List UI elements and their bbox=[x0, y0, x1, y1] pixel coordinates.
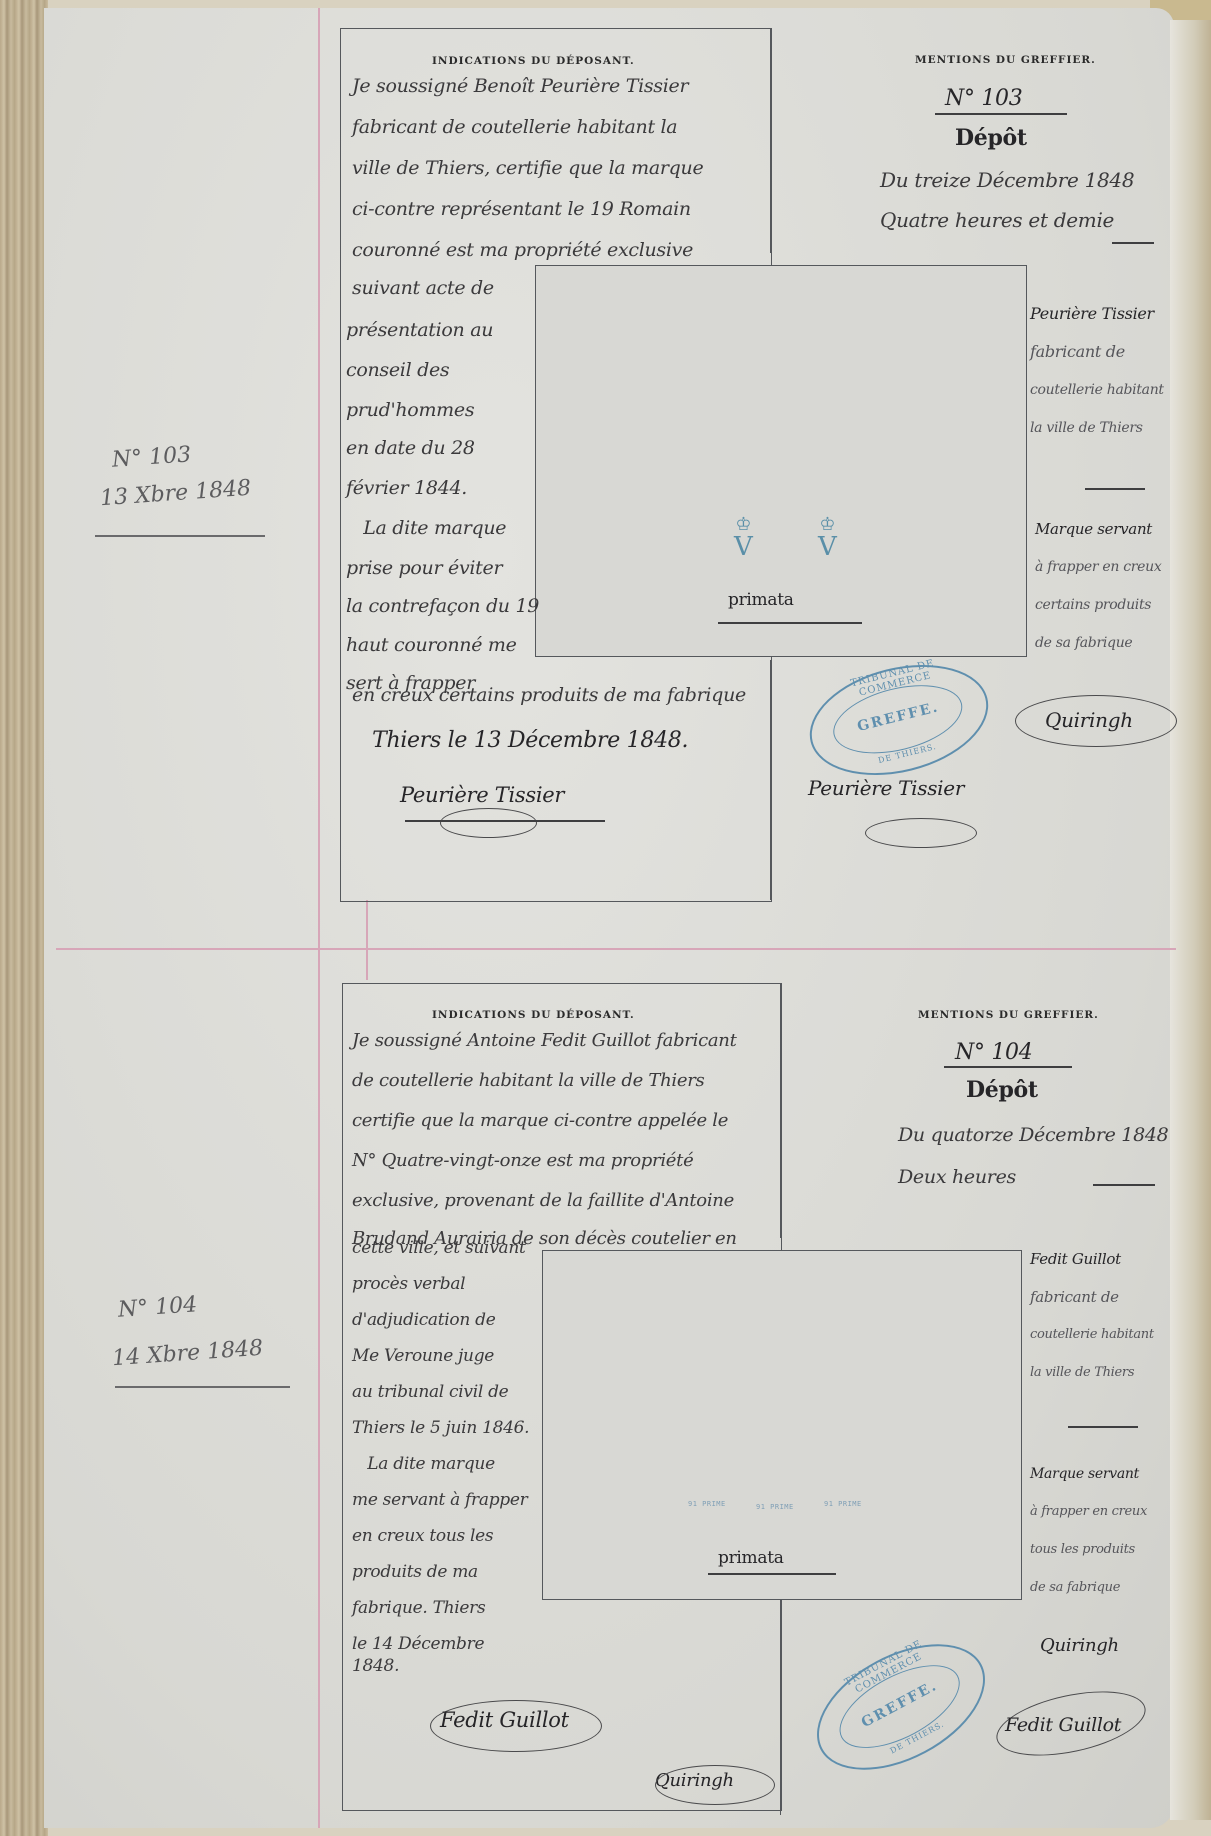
depositant-line: Thiers le 5 juin 1846. bbox=[352, 1410, 529, 1446]
greffier-side-line: coutellerie habitant bbox=[1030, 1316, 1154, 1354]
depositant-line: février 1844. bbox=[346, 468, 467, 509]
margin-number: N° 103 bbox=[111, 437, 193, 478]
depositant-line: en date du 28 bbox=[346, 428, 475, 469]
margin-underline bbox=[115, 1386, 290, 1388]
depositant-place-date: Thiers le 13 Décembre 1848. bbox=[352, 720, 688, 761]
greffier-side-line: fabricant de bbox=[1030, 1278, 1119, 1316]
page-curl-edge bbox=[1170, 20, 1211, 1820]
depositant-line: prise pour éviter bbox=[346, 548, 502, 589]
signature-flourish-line bbox=[405, 820, 605, 822]
depositant-line: présentation au bbox=[346, 310, 493, 351]
depositant-line: ci-contre représentant le 19 Romain bbox=[352, 189, 691, 230]
greffier-side-line: Peurière Tissier bbox=[1030, 295, 1154, 333]
signature-flourish bbox=[440, 808, 537, 838]
greffier-separator bbox=[1068, 1426, 1138, 1428]
greffier-signature: Quiringh bbox=[1045, 700, 1133, 741]
greffier-side-line: la ville de Thiers bbox=[1030, 409, 1143, 447]
greffier-signature: Quiringh bbox=[1040, 1625, 1119, 1666]
greffier-mark-line: tous les produits bbox=[1030, 1531, 1135, 1569]
column-divider bbox=[770, 660, 771, 900]
depositant-line: suivant acte de bbox=[352, 268, 494, 309]
greffier-date: Du treize Décembre 1848 bbox=[880, 160, 1134, 201]
crown-v-mark: ♔V bbox=[818, 516, 837, 560]
depositant-line: d'adjudication de bbox=[352, 1302, 495, 1338]
greffier-mark-line: de sa fabrique bbox=[1035, 624, 1132, 662]
depositant-line: Me Veroune juge bbox=[352, 1338, 494, 1374]
prime-mark: 91 PRIME bbox=[824, 1500, 862, 1508]
depositant-line: de coutellerie habitant la ville de Thie… bbox=[352, 1060, 704, 1101]
greffier-mark-line: à frapper en creux bbox=[1035, 548, 1161, 586]
greffier-date: Du quatorze Décembre 1848 bbox=[898, 1115, 1168, 1156]
depositant-line: en creux certains produits de ma fabriqu… bbox=[352, 675, 746, 716]
greffier-time: Quatre heures et demie bbox=[880, 200, 1114, 241]
depositant-line: couronné est ma propriété exclusive bbox=[352, 230, 693, 271]
depositant-line: fabricant de coutellerie habitant la bbox=[352, 107, 677, 148]
depositant-line: ville de Thiers, certifie que la marque bbox=[352, 148, 703, 189]
depositant-line: conseil des bbox=[346, 350, 449, 391]
greffier-time: Deux heures bbox=[898, 1157, 1016, 1198]
margin-rule-short bbox=[366, 900, 368, 980]
depositant-line: la contrefaçon du 19 bbox=[346, 586, 539, 627]
greffier-header: MENTIONS DU GREFFIER. bbox=[915, 54, 1096, 66]
greffier-number-underline bbox=[935, 113, 1067, 115]
depositant-line: procès verbal bbox=[352, 1266, 465, 1302]
greffier-title: Dépôt bbox=[955, 118, 1027, 159]
greffier-side-line: fabricant de bbox=[1030, 333, 1125, 371]
greffier-side-line: la ville de Thiers bbox=[1030, 1354, 1134, 1392]
depositant-line: Je soussigné Benoît Peurière Tissier bbox=[352, 66, 688, 107]
crown-v-mark: ♔V bbox=[734, 516, 753, 560]
mark-label-underline bbox=[718, 622, 862, 624]
book-binding bbox=[0, 0, 48, 1836]
greffier-mark-line: Marque servant bbox=[1035, 510, 1152, 548]
column-divider bbox=[770, 28, 771, 253]
greffier-mark-line: à frapper en creux bbox=[1030, 1493, 1147, 1531]
signature-flourish bbox=[865, 818, 977, 848]
depositant-line: 1848. bbox=[352, 1648, 399, 1684]
column-divider bbox=[780, 1600, 781, 1815]
depositant-line: haut couronné me bbox=[346, 625, 517, 666]
depositant-signature: Fedit Guillot bbox=[440, 1700, 569, 1741]
depositant-line: N° Quatre-vingt-onze est ma propriété bbox=[352, 1140, 693, 1181]
greffier-side-line: coutellerie habitant bbox=[1030, 371, 1164, 409]
greffier-header: MENTIONS DU GREFFIER. bbox=[918, 1009, 1099, 1021]
depositant-line: prud'hommes bbox=[346, 390, 474, 431]
greffier-time-underline bbox=[1093, 1184, 1155, 1186]
depositant-line: Je soussigné Antoine Fedit Guillot fabri… bbox=[352, 1020, 737, 1061]
greffier-mark-line: de sa fabrique bbox=[1030, 1569, 1120, 1607]
margin-number: N° 104 bbox=[117, 1287, 199, 1328]
greffier-mark-line: certains produits bbox=[1035, 586, 1151, 624]
greffier-separator bbox=[1085, 488, 1145, 490]
greffier-mark-line: Marque servant bbox=[1030, 1455, 1139, 1493]
depositant-line: produits de ma bbox=[352, 1554, 478, 1590]
column-divider bbox=[780, 983, 781, 1238]
margin-underline bbox=[95, 535, 265, 537]
greffier-side-line: Fedit Guillot bbox=[1030, 1240, 1121, 1278]
depositant-line: fabrique. Thiers bbox=[352, 1590, 485, 1626]
depositant-line: La dite marque bbox=[346, 508, 506, 549]
depositant-line: exclusive, provenant de la faillite d'An… bbox=[352, 1180, 734, 1221]
depositant-line: certifie que la marque ci-contre appelée… bbox=[352, 1100, 728, 1141]
greffier-number-underline bbox=[944, 1066, 1072, 1068]
signature-flourish bbox=[655, 1765, 775, 1805]
depositant-line: en creux tous les bbox=[352, 1518, 493, 1554]
mark-label: primata bbox=[728, 580, 794, 621]
depositant-line: La dite marque bbox=[352, 1446, 495, 1482]
mark-label-underline bbox=[708, 1573, 836, 1575]
greffier-time-underline bbox=[1112, 242, 1154, 244]
greffier-title: Dépôt bbox=[966, 1070, 1038, 1111]
prime-mark: 91 PRIME bbox=[688, 1500, 726, 1508]
prime-mark: 91 PRIME bbox=[756, 1503, 794, 1511]
depositant-line: cette ville, et suivant bbox=[352, 1230, 526, 1266]
depositant-line: me servant à frapper bbox=[352, 1482, 527, 1518]
depositant-line: au tribunal civil de bbox=[352, 1374, 508, 1410]
margin-rule bbox=[318, 8, 320, 1828]
greffier-depositant-signature: Fedit Guillot bbox=[1005, 1705, 1121, 1746]
entry-divider-rule bbox=[56, 948, 1176, 950]
